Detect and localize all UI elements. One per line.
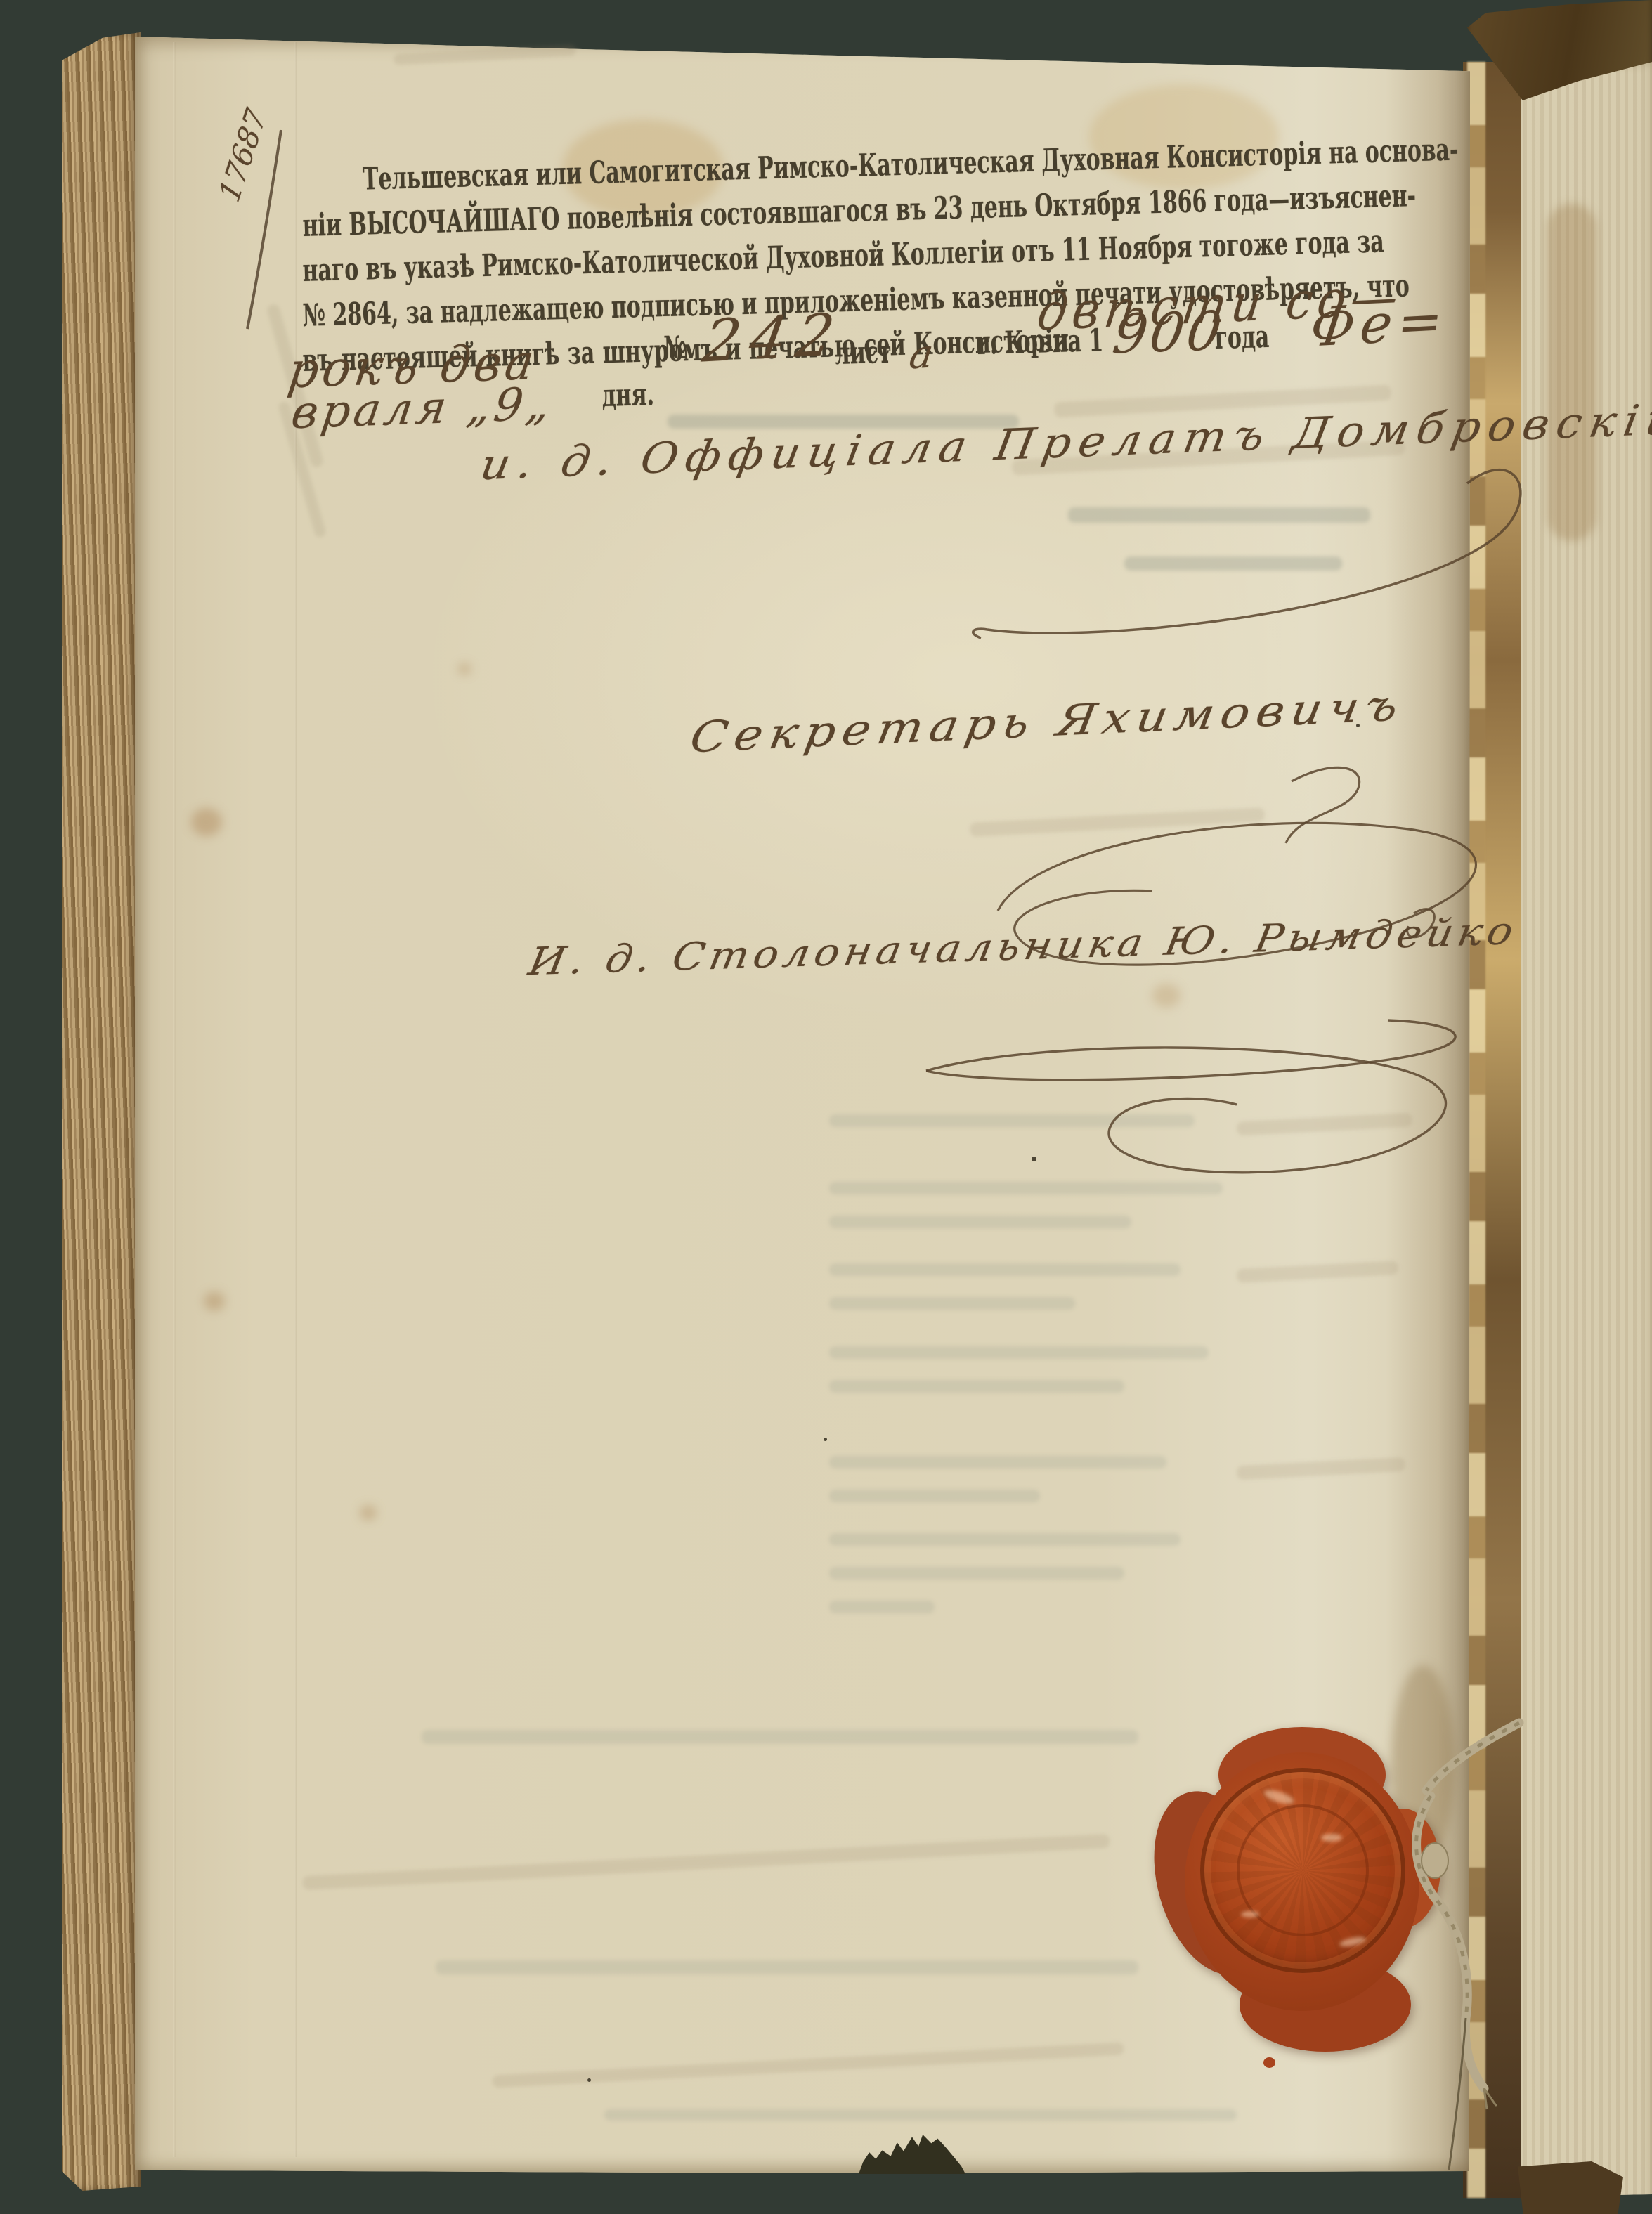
bleedthrough-line [829, 1216, 1131, 1228]
bleedthrough-line [436, 1960, 1138, 1974]
printed-sheet-word: лист [835, 337, 892, 370]
wax-drip [1263, 2057, 1275, 2068]
bleedthrough-line [1068, 507, 1370, 523]
handwritten-sheet-number: 242 [699, 306, 847, 372]
leaf-stain [1547, 204, 1596, 541]
speck [587, 2078, 591, 2082]
red-wax-seal [1158, 1727, 1440, 2059]
handwritten-year-digits: 900 [1110, 304, 1228, 362]
spine-foot [1518, 2161, 1623, 2214]
foxing-stain [204, 1291, 225, 1311]
next-leaf-edge [1515, 56, 1652, 2196]
printed-day-word: дня. [601, 379, 655, 412]
foxing-stain [1152, 984, 1181, 1008]
wax-highlight [1321, 1834, 1342, 1842]
foxing-stain [458, 663, 471, 675]
seal-stamp-impression [1200, 1768, 1405, 1973]
bleedthrough-line [829, 1114, 1195, 1127]
bleedthrough-line [829, 1601, 935, 1613]
speck [1032, 1157, 1036, 1161]
archival-book-scan: 17687 Тельшевская или Самогитская Римско… [0, 0, 1652, 2214]
bleedthrough-line [829, 1182, 1223, 1194]
bleedthrough-line [829, 1490, 1040, 1502]
bleedthrough-line [829, 1380, 1124, 1393]
bleedthrough-line [829, 1533, 1181, 1546]
wax-highlight [1241, 1911, 1259, 1917]
handwritten-month-part-1: Фе= [1308, 294, 1452, 355]
bleedthrough-line [829, 1346, 1209, 1359]
binding-gutter [1463, 62, 1521, 2198]
bleedthrough-line [604, 2109, 1237, 2121]
handwritten-month-part-2: враля „9„ [289, 382, 557, 436]
bleedthrough-line [829, 1567, 1124, 1580]
bleedthrough-line [422, 1730, 1138, 1744]
speck [824, 1438, 827, 1441]
bleedthrough-line [829, 1263, 1181, 1276]
foxing-stain [360, 1505, 377, 1521]
foxing-stain [191, 808, 222, 836]
bleedthrough-line [829, 1297, 1075, 1310]
printed-numero-sign: № [663, 332, 687, 364]
page-stack-fore-edge [62, 32, 141, 2191]
bleedthrough-line [1124, 556, 1342, 571]
page-crease [173, 42, 176, 2157]
bleedthrough-line [829, 1456, 1166, 1469]
